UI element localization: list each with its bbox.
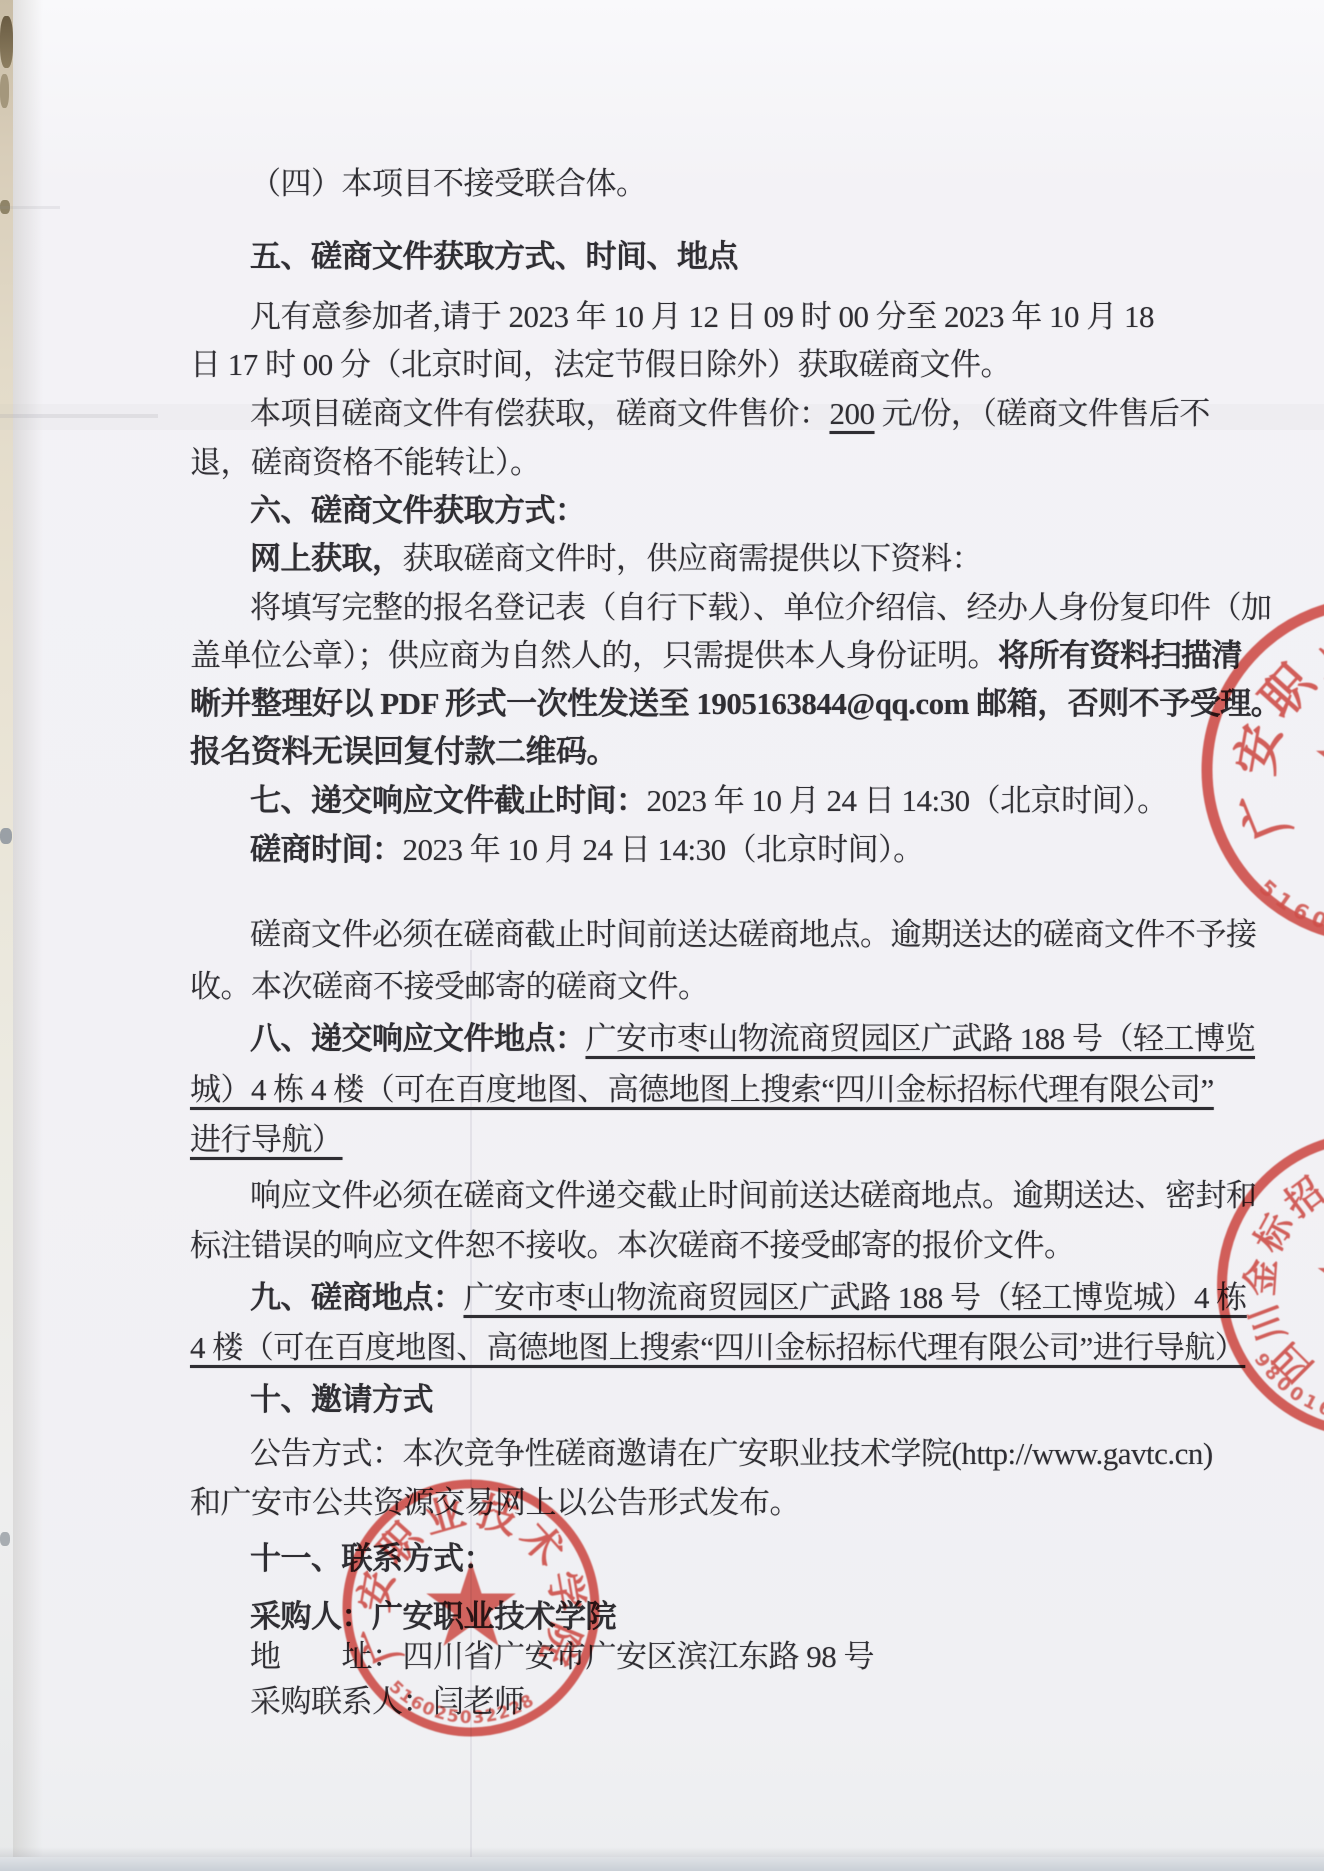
document-line: 盖单位公章）；供应商为自然人的，只需提供本人身份证明。将所有资料扫描清: [190, 636, 1242, 676]
document-text-segment: 晰并整理好以 PDF 形式一次性发送至 1905163844@qq.com 邮箱…: [190, 686, 1281, 721]
document-text-segment: 日 17 时 00 分（北京时间，法定节假日除外）获取磋商文件。: [190, 347, 1011, 382]
svg-text:安: 安: [1227, 720, 1291, 779]
svg-text:5: 5: [445, 1706, 460, 1728]
svg-text:业: 业: [419, 1489, 470, 1543]
document-text-segment: 获取磋商文件时，供应商需提供以下资料：: [403, 541, 983, 576]
document-line: 城）4 栋 4 楼（可在百度地图、高德地图上搜索“四川金标招标代理有限公司”: [190, 1070, 1214, 1110]
document-text-segment: 元/份，（磋商文件售后不: [875, 396, 1210, 431]
document-line: 凡有意参加者,请于 2023 年 10 月 12 日 09 时 00 分至 20…: [250, 297, 1154, 337]
svg-text:川: 川: [1243, 1298, 1294, 1347]
document-line: 六、磋商文件获取方式：: [250, 491, 586, 531]
document-line: 七、递交响应文件截止时间：2023 年 10 月 24 日 14:30（北京时间…: [250, 781, 1168, 821]
scan-streak: [0, 206, 60, 209]
svg-text:职: 职: [1250, 652, 1324, 728]
scan-left-edge-shadow: [13, 0, 43, 1871]
document-line: 晰并整理好以 PDF 形式一次性发送至 1905163844@qq.com 邮箱…: [190, 684, 1281, 724]
document-text-segment: 进行导航）: [190, 1122, 343, 1157]
official-seal-agency-right-edge: 四川金标招标代理有限公司98001602: [1198, 1113, 1324, 1457]
document-text-segment: 将填写完整的报名登记表（自行下载）、单位介绍信、经办人身份复印件（加: [250, 590, 1272, 625]
document-text-segment: 六、磋商文件获取方式：: [250, 493, 586, 528]
document-line: 进行导航）: [190, 1120, 343, 1160]
document-text-segment: 五、磋商文件获取方式、时间、地点: [250, 239, 738, 274]
document-line: 收。本次磋商不接受邮寄的磋商文件。: [190, 967, 709, 1007]
paper-bottom-shadow: [0, 1847, 1324, 1857]
document-line: 将填写完整的报名登记表（自行下载）、单位介绍信、经办人身份复印件（加: [250, 588, 1272, 628]
official-seal-college-right-edge: 广安职业技术学院516025032228: [1193, 588, 1324, 952]
document-text-segment: 七、递交响应文件截止时间：: [250, 783, 647, 818]
svg-text:0: 0: [459, 1708, 472, 1729]
document-text-segment: 磋商文件必须在磋商截止时间前送达磋商地点。逾期送达的磋商文件不予接: [250, 917, 1257, 952]
document-text-segment: 收。本次磋商不接受邮寄的磋商文件。: [190, 969, 709, 1004]
document-text-segment: 4 楼（可在百度地图、高德地图上搜索“四川金标招标代理有限公司”进行导航）: [190, 1330, 1245, 1365]
document-text-segment: 网上获取，: [250, 541, 403, 576]
document-text-segment: 响应文件必须在磋商文件递交截止时间前送达磋商地点。逾期送达、密封和: [250, 1178, 1257, 1213]
document-line: 网上获取，获取磋商文件时，供应商需提供以下资料：: [250, 539, 982, 579]
document-text-segment: 十、邀请方式: [250, 1382, 433, 1417]
document-text-segment: 磋商时间：: [250, 832, 403, 867]
document-text-segment: 广安市枣山物流商贸园区广武路 188 号（轻工博览城）4 栋: [464, 1280, 1247, 1315]
document-text-segment: 广安市枣山物流商贸园区广武路 188 号（轻工博览: [586, 1021, 1256, 1056]
document-text-segment: 八、递交响应文件地点：: [250, 1021, 586, 1056]
document-text-segment: 本项目磋商文件有偿获取，磋商文件售价：: [250, 396, 830, 431]
document-line: 五、磋商文件获取方式、时间、地点: [250, 237, 738, 277]
document-text-segment: 2023 年 10 月 24 日 14:30（北京时间）。: [647, 783, 1168, 818]
document-text-segment: 九、磋商地点：: [250, 1280, 464, 1315]
document-line: 十、邀请方式: [250, 1380, 433, 1420]
paper-bottom-edge: [0, 1857, 1324, 1871]
document-text-segment: 200: [830, 396, 875, 431]
document-text-segment: 城）4 栋 4 楼（可在百度地图、高德地图上搜索“四川金标招标代理有限公司”: [190, 1072, 1214, 1107]
document-line: 九、磋商地点：广安市枣山物流商贸园区广武路 188 号（轻工博览城）4 栋: [250, 1278, 1247, 1318]
document-line: 八、递交响应文件地点：广安市枣山物流商贸园区广武路 188 号（轻工博览: [250, 1019, 1255, 1059]
scan-speck: [0, 828, 12, 844]
scan-speck: [0, 16, 13, 68]
svg-text:广: 广: [1230, 781, 1301, 848]
document-line: 响应文件必须在磋商文件递交截止时间前送达磋商地点。逾期送达、密封和: [250, 1176, 1257, 1216]
svg-text:安: 安: [351, 1568, 402, 1615]
svg-text:学: 学: [540, 1568, 591, 1615]
document-text-segment: （四）本项目不接受联合体。: [250, 166, 647, 201]
document-text-segment: 盖单位公章）；供应商为自然人的，只需提供本人身份证明。: [190, 638, 998, 673]
document-line: 标注错误的响应文件恕不接收。本次磋商不接受邮寄的报价文件。: [190, 1226, 1075, 1266]
scan-speck: [0, 1532, 10, 1546]
scan-left-edge-strip: [0, 0, 13, 1871]
document-text-segment: 2023 年 10 月 24 日 14:30（北京时间）。: [403, 832, 924, 867]
document-line: 退，磋商资格不能转让）。: [190, 443, 541, 483]
document-line: 4 楼（可在百度地图、高德地图上搜索“四川金标招标代理有限公司”进行导航）: [190, 1328, 1245, 1368]
document-line: 报名资料无误回复付款二维码。: [190, 732, 617, 772]
svg-text:技: 技: [472, 1489, 523, 1543]
document-text-segment: 凡有意参加者,请于 2023 年 10 月 12 日 09 时 00 分至 20…: [250, 299, 1154, 334]
scan-speck: [0, 74, 9, 108]
svg-text:3: 3: [472, 1707, 485, 1728]
official-seal-college-center: 广安职业技术学院516025032228: [326, 1463, 616, 1753]
document-text-segment: 标注错误的响应文件恕不接收。本次磋商不接受邮寄的报价文件。: [190, 1228, 1075, 1263]
document-line: （四）本项目不接受联合体。: [250, 164, 647, 204]
document-line: 磋商文件必须在磋商截止时间前送达磋商地点。逾期送达的磋商文件不予接: [250, 915, 1257, 955]
document-text-segment: 报名资料无误回复付款二维码。: [190, 734, 617, 769]
svg-text:金: 金: [1240, 1258, 1284, 1298]
document-line: 本项目磋商文件有偿获取，磋商文件售价：200 元/份，（磋商文件售后不: [250, 394, 1210, 434]
scanned-document-page: （四）本项目不接受联合体。五、磋商文件获取方式、时间、地点凡有意参加者,请于 2…: [0, 0, 1324, 1871]
document-line: 磋商时间：2023 年 10 月 24 日 14:30（北京时间）。: [250, 830, 924, 870]
document-text-segment: 退，磋商资格不能转让）。: [190, 445, 541, 480]
document-line: 日 17 时 00 分（北京时间，法定节假日除外）获取磋商文件。: [190, 345, 1011, 385]
